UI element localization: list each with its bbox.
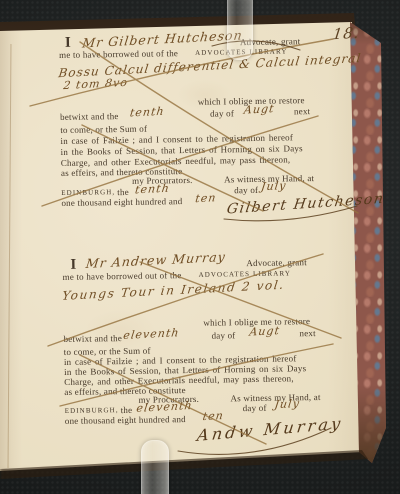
book-photo: 18. I Mr Gilbert Hutcheson Advocate, gra… xyxy=(0,0,400,494)
form-next: next xyxy=(299,328,315,338)
form-year: one thousand eight hundred and xyxy=(65,414,186,426)
signing-day: eleventh xyxy=(136,399,194,415)
page-content: 18. I Mr Gilbert Hutcheson Advocate, gra… xyxy=(0,0,400,494)
form-day-of-2: day of xyxy=(243,403,267,413)
plastic-snake-bottom xyxy=(141,440,169,494)
register-entry-2: I Mr Andrew Murray Advocate, grant me to… xyxy=(0,0,400,494)
form-betwixt: betwixt and the xyxy=(63,333,122,344)
borrower-name: Mr Andrew Murray xyxy=(85,249,227,271)
form-day-of: day of xyxy=(211,330,235,340)
form-borrowed: me to have borrowed out of the xyxy=(63,270,182,282)
return-day: eleventh xyxy=(123,326,181,342)
signing-month: July xyxy=(274,397,301,411)
form-edinburgh: Edinburgh, xyxy=(65,406,119,415)
plastic-snake-top xyxy=(227,0,253,60)
year-word: ten xyxy=(202,409,225,423)
form-the: the xyxy=(121,405,133,415)
return-month: Augt xyxy=(249,324,281,339)
form-advocate-grant: Advocate, grant xyxy=(246,257,307,268)
